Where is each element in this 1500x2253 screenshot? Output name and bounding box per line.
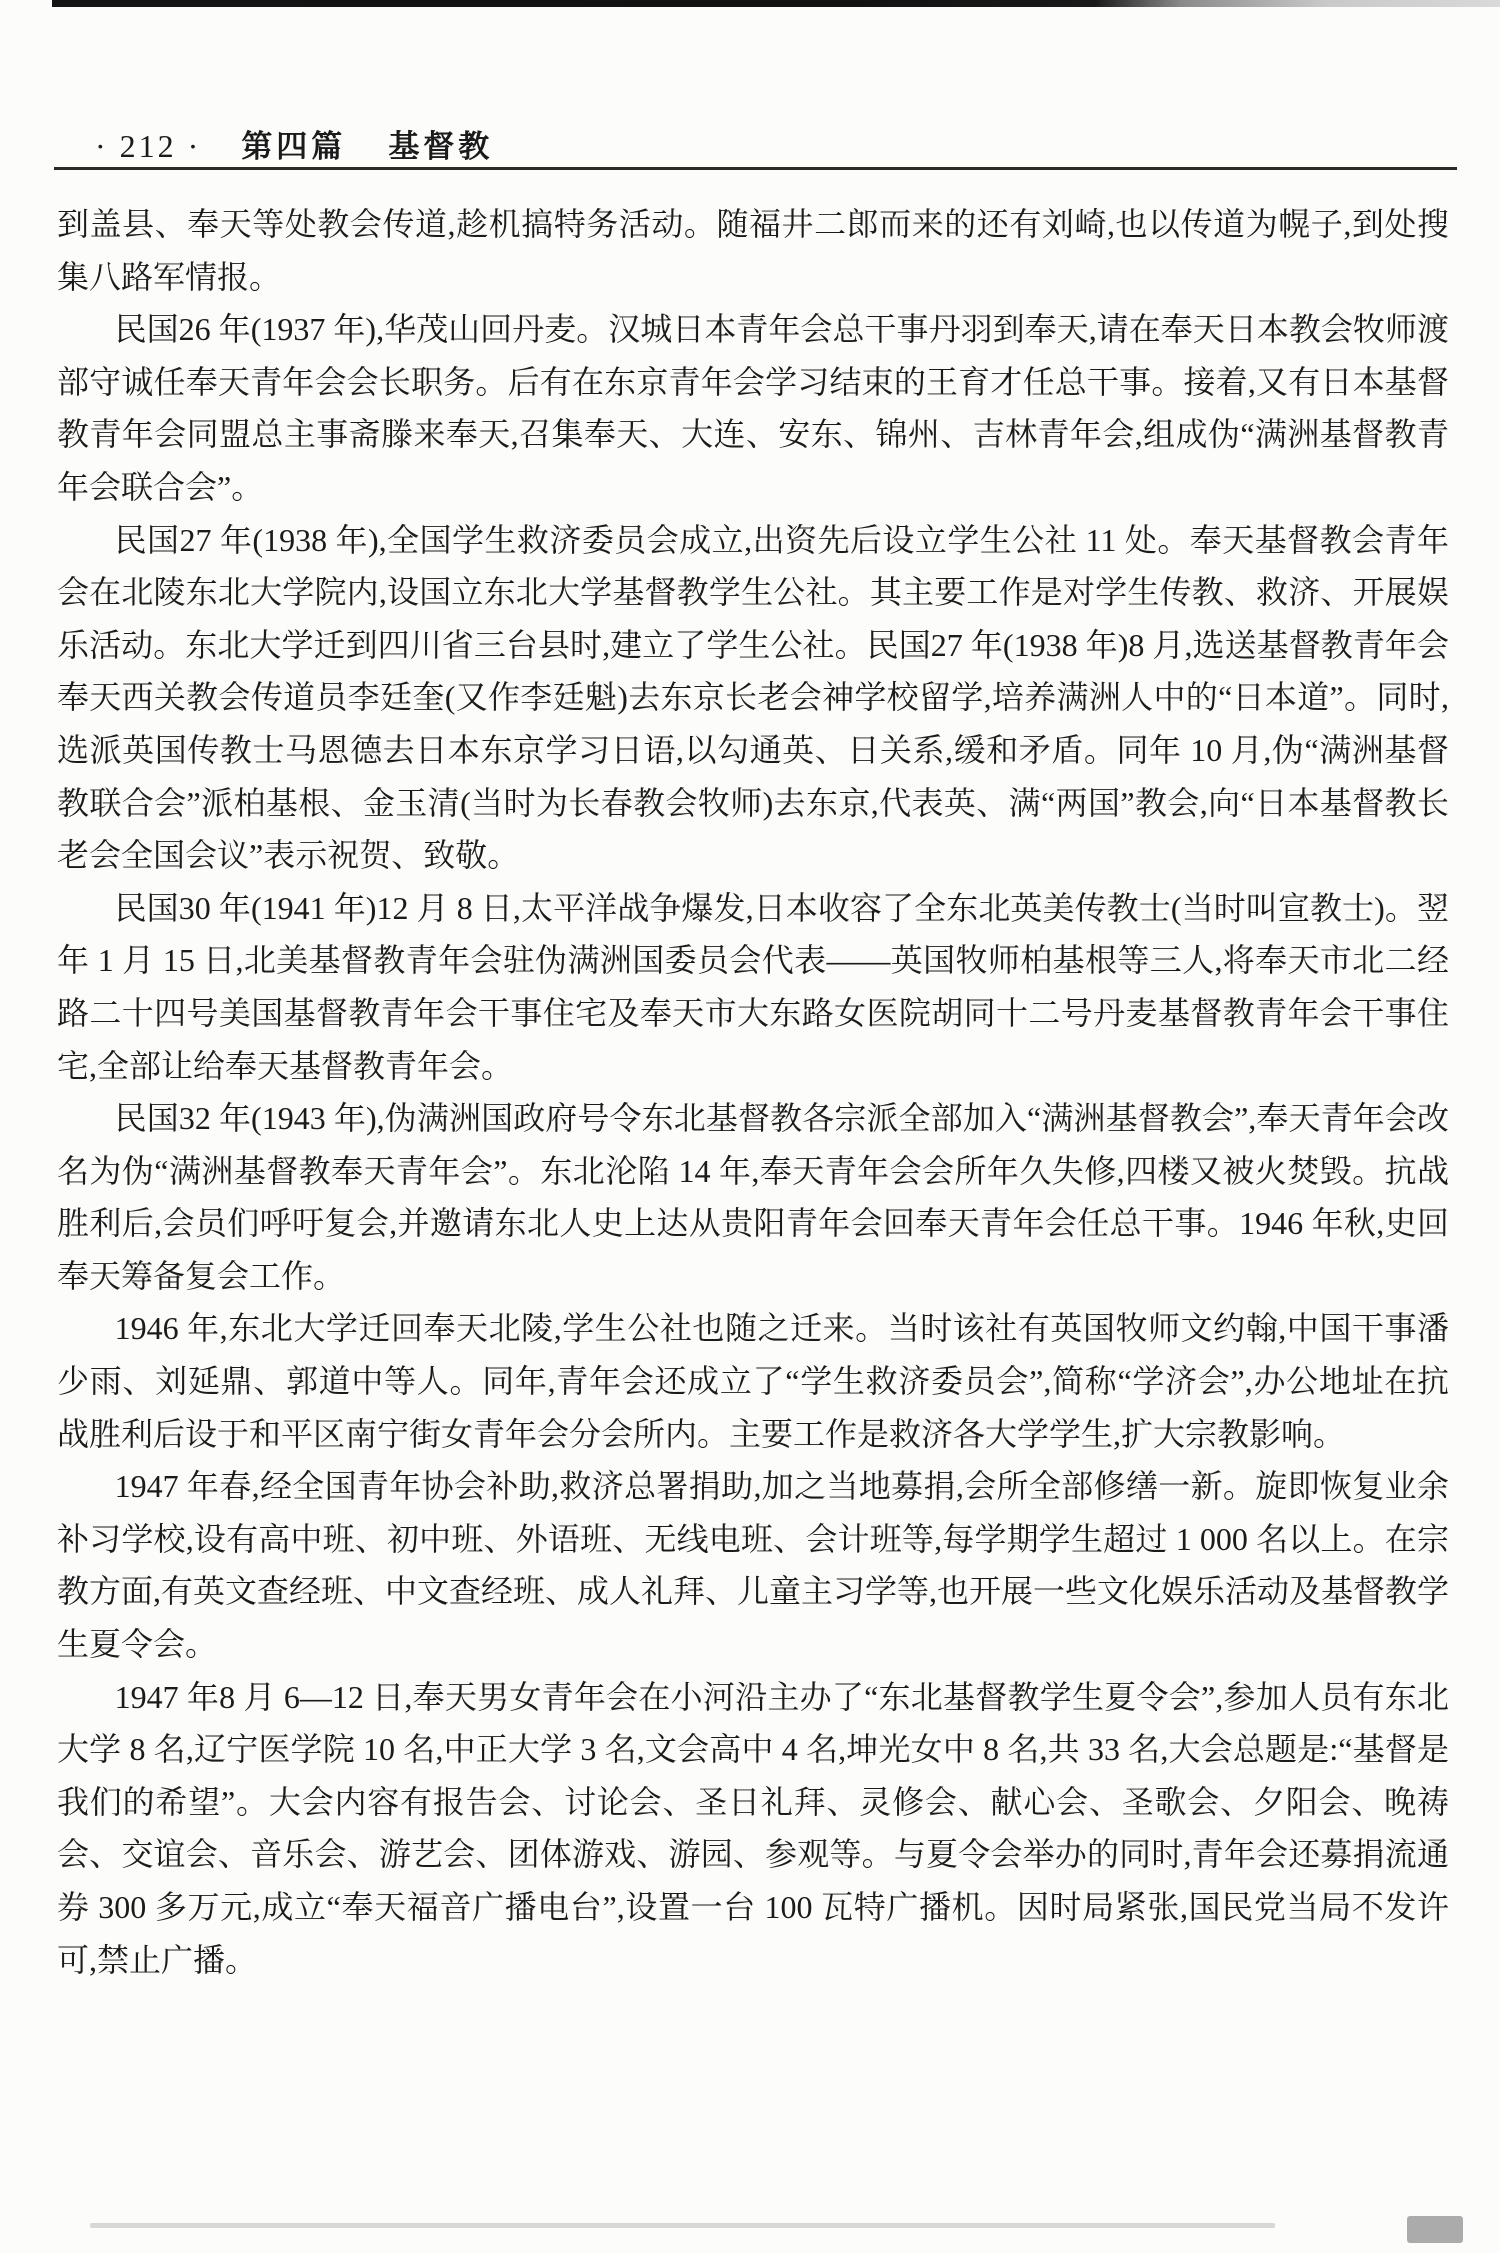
paragraph-1946: 1946 年,东北大学迁回奉天北陵,学生公社也随之迁来。当时该社有英国牧师文约翰… xyxy=(57,1302,1449,1460)
paragraph-1947-august: 1947 年8 月 6—12 日,奉天男女青年会在小河沿主办了“东北基督教学生夏… xyxy=(57,1671,1449,1987)
scan-artifact-bottom-line xyxy=(90,2223,1275,2228)
page-header: · 212 · 第四篇 基督教 xyxy=(95,121,493,166)
scanned-book-page: · 212 · 第四篇 基督教 到盖县、奉天等处教会传道,趁机搞特务活动。随福井… xyxy=(0,0,1500,2253)
scan-artifact-top-edge xyxy=(52,0,1500,7)
header-divider xyxy=(54,167,1457,170)
part-label: 第四篇 xyxy=(241,121,346,166)
page-number: · 212 · xyxy=(95,128,201,165)
paragraph-1938: 民国27 年(1938 年),全国学生救济委员会成立,出资先后设立学生公社 11… xyxy=(57,514,1449,882)
paragraph-1937: 民国26 年(1937 年),华茂山回丹麦。汉城日本青年会总干事丹羽到奉天,请在… xyxy=(57,303,1449,513)
section-title: 基督教 xyxy=(388,121,493,166)
scan-artifact-bottom-blob xyxy=(1407,2216,1463,2243)
paragraph-1947-spring: 1947 年春,经全国青年协会补助,救济总署捐助,加之当地募捐,会所全部修缮一新… xyxy=(57,1460,1449,1670)
paragraph-1941: 民国30 年(1941 年)12 月 8 日,太平洋战争爆发,日本收容了全东北英… xyxy=(57,882,1449,1092)
paragraph-1943: 民国32 年(1943 年),伪满洲国政府号令东北基督教各宗派全部加入“满洲基督… xyxy=(57,1092,1449,1302)
paragraph-continuation: 到盖县、奉天等处教会传道,趁机搞特务活动。随福井二郎而来的还有刘崎,也以传道为幌… xyxy=(57,198,1449,303)
body-text: 到盖县、奉天等处教会传道,趁机搞特务活动。随福井二郎而来的还有刘崎,也以传道为幌… xyxy=(57,198,1449,1986)
